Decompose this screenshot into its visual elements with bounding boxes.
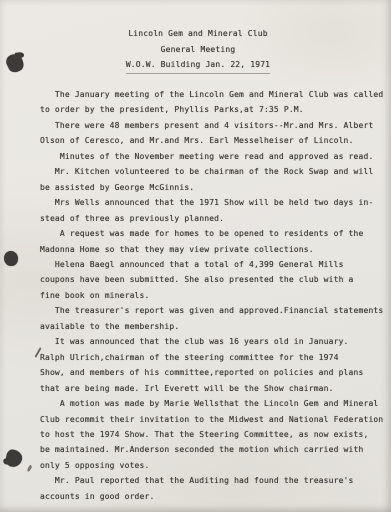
text-line: that are being made. Irl Everett will be… <box>40 381 391 396</box>
text-line: accounts in good order. <box>40 489 391 504</box>
document-header: Lincoln Gem and Mineral Club General Mee… <box>40 26 356 74</box>
text-line: Mrs Wells announced that the 1971 Show w… <box>40 195 391 210</box>
scanned-document-page: Lincoln Gem and Mineral Club General Mee… <box>0 0 391 512</box>
text-line: A request was made for homes to be opene… <box>40 226 391 241</box>
text-line: The January meeting of the Lincoln Gem a… <box>40 87 391 102</box>
text-line: Mr. Paul reported that the Auditing had … <box>40 473 391 488</box>
meeting-minutes-text: The January meeting of the Lincoln Gem a… <box>40 87 391 504</box>
text-line: only 5 opposing votes. <box>40 458 391 473</box>
ink-blot-middle <box>4 251 18 266</box>
text-line: Club recommit their invitation to the Mi… <box>40 412 391 427</box>
text-line: Helena Baegl announced that a total of 4… <box>40 257 391 272</box>
text-line: to host the 1974 Show. That the Steering… <box>40 427 391 442</box>
ink-blot-bottom <box>4 449 23 469</box>
club-name-title: Lincoln Gem and Mineral Club <box>40 26 356 42</box>
text-line: available to the membership. <box>40 319 391 334</box>
ink-blot-top <box>4 51 26 74</box>
meeting-location-date: W.O.W. Building Jan. 22, 1971 <box>126 57 270 74</box>
paper-edge-shadow-bottom <box>0 506 391 512</box>
text-line: Show, and members of his committee,repor… <box>40 365 391 380</box>
handwritten-comma-mark <box>27 465 33 473</box>
text-line: coupons have been submitted. She also pr… <box>40 272 391 287</box>
text-line: The treasurer's report was given and app… <box>40 303 391 318</box>
text-line: A motion was made by Marie Wellsthat the… <box>40 396 391 411</box>
text-line: fine book on minerals. <box>40 288 391 303</box>
text-line: There were 48 members present and 4 visi… <box>40 118 391 133</box>
text-line: stead of three as previously planned. <box>40 211 391 226</box>
text-line: It was announced that the club was 16 ye… <box>40 334 391 349</box>
text-line: be maintained. Mr.Anderson seconded the … <box>40 442 391 457</box>
text-line: Ralph Ulrich,chairman of the steering co… <box>40 350 391 365</box>
text-line: to order by the president, Phyllis Parks… <box>40 102 391 117</box>
text-line: Mr. Kitchen volunteered to be chairman o… <box>40 164 391 179</box>
paper-edge-shadow-right <box>384 0 391 512</box>
text-line: Madonna Home so that they may view priva… <box>40 242 391 257</box>
meeting-location-date-line: W.O.W. Building Jan. 22, 1971 <box>40 57 356 74</box>
text-line: Minutes of the November meeting were rea… <box>40 149 391 164</box>
text-line: Olson of Ceresco, and Mr.and Mrs. Earl M… <box>40 133 391 148</box>
meeting-type-subtitle: General Meeting <box>40 42 356 58</box>
text-line: be assisted by George McGinnis. <box>40 180 391 195</box>
